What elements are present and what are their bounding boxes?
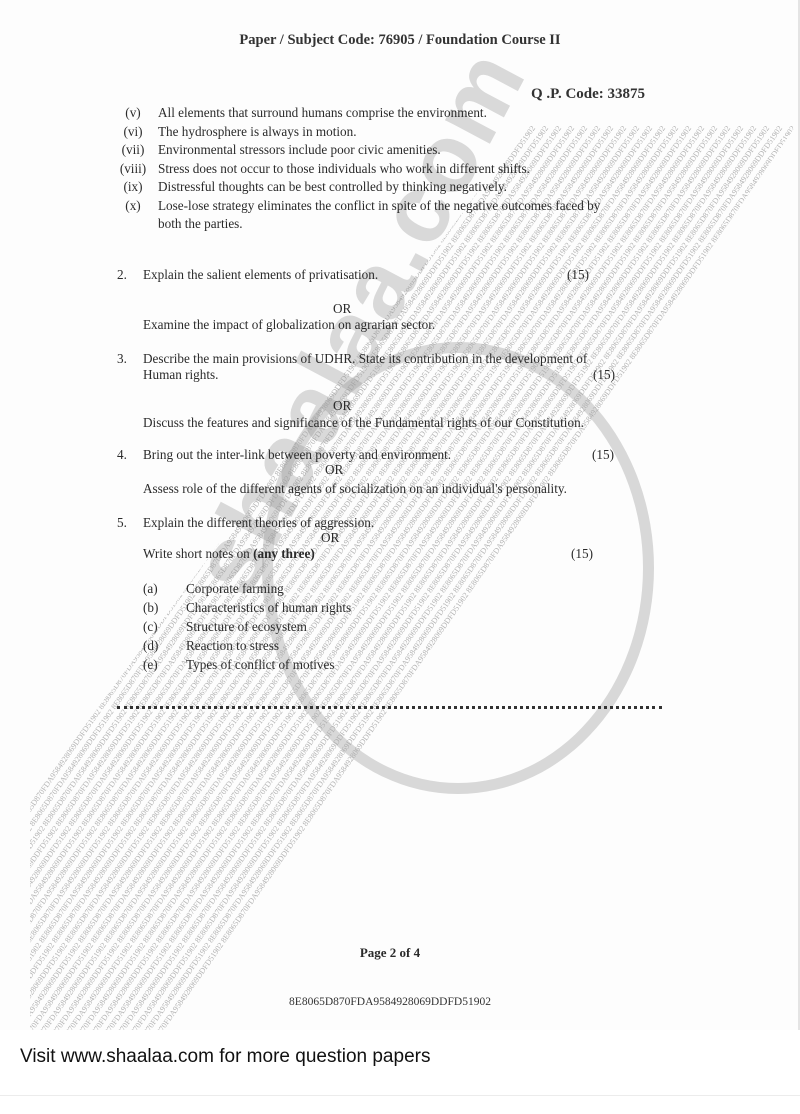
svg-text:8E8065D870FDA9584928069DDFD519: 8E8065D870FDA9584928069DDFD51902 8E8065D… [0, 124, 550, 1030]
alternate-emphasis: (any three) [253, 546, 315, 561]
list-item: (v)All elements that surround humans com… [108, 104, 658, 123]
alternate-question: Discuss the features and significance of… [143, 415, 584, 431]
svg-text:8E8065D870FDA9584928069DDFD519: 8E8065D870FDA9584928069DDFD51902 8E8065D… [566, 124, 800, 1030]
svg-text:8E8065D870FDA9584928069DDFD519: 8E8065D870FDA9584928069DDFD51902 8E8065D… [722, 124, 800, 1030]
svg-text:8E8065D870FDA9584928069DDFD519: 8E8065D870FDA9584928069DDFD51902 8E8065D… [449, 124, 800, 1030]
list-item: (b)Characteristics of human rights [143, 598, 351, 617]
document-hash: 8E8065D870FDA9584928069DDFD51902 [0, 996, 780, 1008]
svg-text:8E8065D870FDA9584928069DDFD519: 8E8065D870FDA9584928069DDFD51902 8E8065D… [553, 124, 800, 1030]
or-label: OR [321, 530, 339, 546]
or-label: OR [333, 398, 351, 414]
question-text-continued: Human rights. [143, 367, 218, 383]
question-marks: (15) [571, 546, 593, 562]
svg-text:8E8065D870FDA9584928069DDFD519: 8E8065D870FDA9584928069DDFD51902 8E8065D… [475, 124, 800, 1030]
svg-text:8E8065D870FDA9584928069DDFD519: 8E8065D870FDA9584928069DDFD51902 8E8065D… [280, 124, 800, 1030]
svg-text:8E8065D870FDA9584928069DDFD519: 8E8065D870FDA9584928069DDFD51902 8E8065D… [0, 124, 485, 1030]
list-item: (ix)Distressful thoughts can be best con… [108, 178, 658, 197]
svg-text:8E8065D870FDA9584928069DDFD519: 8E8065D870FDA9584928069DDFD51902 8E8065D… [293, 124, 800, 1030]
svg-text:8E8065D870FDA9584928069DDFD519: 8E8065D870FDA9584928069DDFD51902 8E8065D… [0, 124, 225, 1030]
footer-divider [0, 1095, 800, 1096]
svg-text:8E8065D870FDA9584928069DDFD519: 8E8065D870FDA9584928069DDFD51902 8E8065D… [0, 124, 628, 1030]
svg-text:8E8065D870FDA9584928069DDFD519: 8E8065D870FDA9584928069DDFD51902 8E8065D… [345, 124, 800, 1030]
footer-link-text[interactable]: Visit www.shaalaa.com for more question … [20, 1046, 430, 1068]
svg-text:8E8065D870FDA9584928069DDFD519: 8E8065D870FDA9584928069DDFD51902 8E8065D… [397, 124, 800, 1030]
svg-text:8E8065D870FDA9584928069DDFD519: 8E8065D870FDA9584928069DDFD51902 8E8065D… [0, 124, 277, 1030]
list-item: (x)Lose-lose strategy eliminates the con… [108, 197, 658, 216]
svg-text:8E8065D870FDA9584928069DDFD519: 8E8065D870FDA9584928069DDFD51902 8E8065D… [0, 124, 186, 1030]
svg-text:8E8065D870FDA9584928069DDFD519: 8E8065D870FDA9584928069DDFD51902 8E8065D… [410, 124, 800, 1030]
list-item: (e)Types of conflict of motives [143, 655, 351, 674]
question-number: 3. [117, 351, 127, 367]
list-item: (d)Reaction to stress [143, 636, 351, 655]
svg-text:8E8065D870FDA9584928069DDFD519: 8E8065D870FDA9584928069DDFD51902 8E8065D… [332, 124, 800, 1030]
svg-text:8E8065D870FDA9584928069DDFD519: 8E8065D870FDA9584928069DDFD51902 8E8065D… [0, 124, 134, 1030]
svg-text:8E8065D870FDA9584928069DDFD519: 8E8065D870FDA9584928069DDFD51902 8E8065D… [0, 124, 472, 1030]
list-item: (a)Corporate farming [143, 579, 351, 598]
svg-text:8E8065D870FDA9584928069DDFD519: 8E8065D870FDA9584928069DDFD51902 8E8065D… [488, 124, 800, 1030]
svg-text:8E8065D870FDA9584928069DDFD519: 8E8065D870FDA9584928069DDFD51902 8E8065D… [98, 124, 758, 1030]
short-notes-list: (a)Corporate farming (b)Characteristics … [143, 579, 351, 674]
svg-text:8E8065D870FDA9584928069DDFD519: 8E8065D870FDA9584928069DDFD51902 8E8065D… [0, 124, 381, 1030]
svg-text:8E8065D870FDA9584928069DDFD519: 8E8065D870FDA9584928069DDFD51902 8E8065D… [0, 124, 173, 1030]
svg-text:8E8065D870FDA9584928069DDFD519: 8E8065D870FDA9584928069DDFD51902 8E8065D… [20, 124, 680, 1030]
svg-text:8E8065D870FDA9584928069DDFD519: 8E8065D870FDA9584928069DDFD51902 8E8065D… [644, 124, 800, 1030]
svg-text:8E8065D870FDA9584928069DDFD519: 8E8065D870FDA9584928069DDFD51902 8E8065D… [0, 124, 199, 1030]
question-text: Describe the main provisions of UDHR. St… [143, 351, 587, 367]
paper-header: Paper / Subject Code: 76905 / Foundation… [0, 32, 800, 49]
svg-text:8E8065D870FDA9584928069DDFD519: 8E8065D870FDA9584928069DDFD51902 8E8065D… [423, 124, 800, 1030]
svg-text:8E8065D870FDA9584928069DDFD519: 8E8065D870FDA9584928069DDFD51902 8E8065D… [527, 124, 800, 1030]
svg-text:8E8065D870FDA9584928069DDFD519: 8E8065D870FDA9584928069DDFD51902 8E8065D… [514, 124, 800, 1030]
svg-text:8E8065D870FDA9584928069DDFD519: 8E8065D870FDA9584928069DDFD51902 8E8065D… [33, 124, 693, 1030]
svg-text:8E8065D870FDA9584928069DDFD519: 8E8065D870FDA9584928069DDFD51902 8E8065D… [0, 124, 420, 1030]
list-item: (viii)Stress does not occur to those ind… [108, 160, 658, 179]
dotted-divider [117, 706, 662, 709]
list-item: (c)Structure of ecosystem [143, 617, 351, 636]
svg-text:8E8065D870FDA9584928069DDFD519: 8E8065D870FDA9584928069DDFD51902 8E8065D… [696, 124, 800, 1030]
question-marks: (15) [567, 267, 589, 283]
question-text: Explain the different theories of aggres… [143, 515, 374, 531]
svg-text:8E8065D870FDA9584928069DDFD519: 8E8065D870FDA9584928069DDFD51902 8E8065D… [0, 124, 394, 1030]
svg-text:8E8065D870FDA9584928069DDFD519: 8E8065D870FDA9584928069DDFD51902 8E8065D… [709, 124, 800, 1030]
svg-text:8E8065D870FDA9584928069DDFD519: 8E8065D870FDA9584928069DDFD51902 8E8065D… [618, 124, 800, 1030]
svg-text:8E8065D870FDA9584928069DDFD519: 8E8065D870FDA9584928069DDFD51902 8E8065D… [735, 124, 800, 1030]
svg-text:8E8065D870FDA9584928069DDFD519: 8E8065D870FDA9584928069DDFD51902 8E8065D… [0, 124, 264, 1030]
svg-text:8E8065D870FDA9584928069DDFD519: 8E8065D870FDA9584928069DDFD51902 8E8065D… [0, 124, 212, 1030]
svg-text:8E8065D870FDA9584928069DDFD519: 8E8065D870FDA9584928069DDFD51902 8E8065D… [72, 124, 732, 1030]
svg-text:8E8065D870FDA9584928069DDFD519: 8E8065D870FDA9584928069DDFD51902 8E8065D… [748, 124, 800, 1030]
svg-text:8E8065D870FDA9584928069DDFD519: 8E8065D870FDA9584928069DDFD51902 8E8065D… [137, 124, 797, 1030]
svg-text:8E8065D870FDA9584928069DDFD519: 8E8065D870FDA9584928069DDFD51902 8E8065D… [0, 124, 537, 1030]
svg-text:8E8065D870FDA9584928069DDFD519: 8E8065D870FDA9584928069DDFD51902 8E8065D… [0, 124, 615, 1030]
svg-text:8E8065D870FDA9584928069DDFD519: 8E8065D870FDA9584928069DDFD51902 8E8065D… [0, 124, 251, 1030]
svg-text:8E8065D870FDA9584928069DDFD519: 8E8065D870FDA9584928069DDFD51902 8E8065D… [0, 124, 368, 1030]
svg-text:8E8065D870FDA9584928069DDFD519: 8E8065D870FDA9584928069DDFD51902 8E8065D… [0, 124, 316, 1030]
svg-text:8E8065D870FDA9584928069DDFD519: 8E8065D870FDA9584928069DDFD51902 8E8065D… [0, 124, 576, 1030]
svg-text:8E8065D870FDA9584928069DDFD519: 8E8065D870FDA9584928069DDFD51902 8E8065D… [0, 124, 290, 1030]
alternate-question: Examine the impact of globalization on a… [143, 317, 435, 333]
svg-text:8E8065D870FDA9584928069DDFD519: 8E8065D870FDA9584928069DDFD51902 8E8065D… [254, 124, 800, 1030]
svg-text:8E8065D870FDA9584928069DDFD519: 8E8065D870FDA9584928069DDFD51902 8E8065D… [267, 124, 800, 1030]
svg-text:8E8065D870FDA9584928069DDFD519: 8E8065D870FDA9584928069DDFD51902 8E8065D… [202, 124, 800, 1030]
svg-text:8E8065D870FDA9584928069DDFD519: 8E8065D870FDA9584928069DDFD51902 8E8065D… [0, 124, 407, 1030]
svg-text:8E8065D870FDA9584928069DDFD519: 8E8065D870FDA9584928069DDFD51902 8E8065D… [592, 124, 800, 1030]
svg-text:8E8065D870FDA9584928069DDFD519: 8E8065D870FDA9584928069DDFD51902 8E8065D… [605, 124, 800, 1030]
svg-text:8E8065D870FDA9584928069DDFD519: 8E8065D870FDA9584928069DDFD51902 8E8065D… [59, 124, 719, 1030]
svg-text:8E8065D870FDA9584928069DDFD519: 8E8065D870FDA9584928069DDFD51902 8E8065D… [0, 124, 342, 1030]
svg-text:8E8065D870FDA9584928069DDFD519: 8E8065D870FDA9584928069DDFD51902 8E8065D… [657, 124, 800, 1030]
svg-text:8E8065D870FDA9584928069DDFD519: 8E8065D870FDA9584928069DDFD51902 8E8065D… [46, 124, 706, 1030]
svg-text:8E8065D870FDA9584928069DDFD519: 8E8065D870FDA9584928069DDFD51902 8E8065D… [0, 124, 498, 1030]
true-false-list: (v)All elements that surround humans com… [108, 104, 658, 234]
list-item: both the parties. [108, 215, 658, 234]
svg-text:8E8065D870FDA9584928069DDFD519: 8E8065D870FDA9584928069DDFD51902 8E8065D… [0, 124, 355, 1030]
svg-text:8E8065D870FDA9584928069DDFD519: 8E8065D870FDA9584928069DDFD51902 8E8065D… [540, 124, 800, 1030]
svg-text:8E8065D870FDA9584928069DDFD519: 8E8065D870FDA9584928069DDFD51902 8E8065D… [150, 124, 800, 1030]
svg-text:8E8065D870FDA9584928069DDFD519: 8E8065D870FDA9584928069DDFD51902 8E8065D… [0, 124, 602, 1030]
svg-text:8E8065D870FDA9584928069DDFD519: 8E8065D870FDA9584928069DDFD51902 8E8065D… [241, 124, 800, 1030]
alternate-question: Write short notes on (any three) [143, 546, 315, 562]
question-number: 2. [117, 267, 127, 283]
svg-text:8E8065D870FDA9584928069DDFD519: 8E8065D870FDA9584928069DDFD51902 8E8065D… [631, 124, 800, 1030]
svg-text:8E8065D870FDA9584928069DDFD519: 8E8065D870FDA9584928069DDFD51902 8E8065D… [358, 124, 800, 1030]
svg-text:8E8065D870FDA9584928069DDFD519: 8E8065D870FDA9584928069DDFD51902 8E8065D… [0, 124, 147, 1030]
svg-text:8E8065D870FDA9584928069DDFD519: 8E8065D870FDA9584928069DDFD51902 8E8065D… [124, 124, 784, 1030]
svg-text:8E8065D870FDA9584928069DDFD519: 8E8065D870FDA9584928069DDFD51902 8E8065D… [0, 124, 511, 1030]
svg-text:8E8065D870FDA9584928069DDFD519: 8E8065D870FDA9584928069DDFD51902 8E8065D… [215, 124, 800, 1030]
alternate-question: Assess role of the different agents of s… [143, 481, 567, 497]
svg-text:8E8065D870FDA9584928069DDFD519: 8E8065D870FDA9584928069DDFD51902 8E8065D… [111, 124, 771, 1030]
svg-text:8E8065D870FDA9584928069DDFD519: 8E8065D870FDA9584928069DDFD51902 8E8065D… [0, 124, 160, 1030]
svg-text:8E8065D870FDA9584928069DDFD519: 8E8065D870FDA9584928069DDFD51902 8E8065D… [0, 124, 654, 1030]
question-marks: (15) [592, 447, 614, 463]
page-number: Page 2 of 4 [0, 945, 780, 961]
svg-text:8E8065D870FDA9584928069DDFD519: 8E8065D870FDA9584928069DDFD51902 8E8065D… [0, 124, 563, 1030]
question-marks: (15) [593, 367, 615, 383]
svg-text:8E8065D870FDA9584928069DDFD519: 8E8065D870FDA9584928069DDFD51902 8E8065D… [0, 124, 641, 1030]
svg-text:8E8065D870FDA9584928069DDFD519: 8E8065D870FDA9584928069DDFD51902 8E8065D… [176, 124, 800, 1030]
question-number: 4. [117, 447, 127, 463]
svg-text:8E8065D870FDA9584928069DDFD519: 8E8065D870FDA9584928069DDFD51902 8E8065D… [0, 124, 589, 1030]
svg-text:8E8065D870FDA9584928069DDFD519: 8E8065D870FDA9584928069DDFD51902 8E8065D… [371, 124, 800, 1030]
list-item: (vii)Environmental stressors include poo… [108, 141, 658, 160]
svg-text:8E8065D870FDA9584928069DDFD519: 8E8065D870FDA9584928069DDFD51902 8E8065D… [683, 124, 800, 1030]
svg-text:8E8065D870FDA9584928069DDFD519: 8E8065D870FDA9584928069DDFD51902 8E8065D… [462, 124, 800, 1030]
question-paper-page: 8E8065D870FDA9584928069DDFD51902 8E8065D… [0, 0, 800, 1030]
svg-text:8E8065D870FDA9584928069DDFD519: 8E8065D870FDA9584928069DDFD51902 8E8065D… [306, 124, 800, 1030]
svg-text:8E8065D870FDA9584928069DDFD519: 8E8065D870FDA9584928069DDFD51902 8E8065D… [0, 124, 459, 1030]
svg-text:8E8065D870FDA9584928069DDFD519: 8E8065D870FDA9584928069DDFD51902 8E8065D… [0, 124, 238, 1030]
svg-text:8E8065D870FDA9584928069DDFD519: 8E8065D870FDA9584928069DDFD51902 8E8065D… [670, 124, 800, 1030]
svg-text:8E8065D870FDA9584928069DDFD519: 8E8065D870FDA9584928069DDFD51902 8E8065D… [189, 124, 800, 1030]
question-text: Explain the salient elements of privatis… [143, 267, 378, 283]
svg-text:8E8065D870FDA9584928069DDFD519: 8E8065D870FDA9584928069DDFD51902 8E8065D… [0, 124, 433, 1030]
svg-text:8E8065D870FDA9584928069DDFD519: 8E8065D870FDA9584928069DDFD51902 8E8065D… [579, 124, 800, 1030]
svg-text:8E8065D870FDA9584928069DDFD519: 8E8065D870FDA9584928069DDFD51902 8E8065D… [761, 124, 800, 1030]
or-label: OR [325, 462, 343, 478]
qp-code: Q .P. Code: 33875 [531, 86, 645, 103]
svg-text:8E8065D870FDA9584928069DDFD519: 8E8065D870FDA9584928069DDFD51902 8E8065D… [7, 124, 667, 1030]
svg-text:8E8065D870FDA9584928069DDFD519: 8E8065D870FDA9584928069DDFD51902 8E8065D… [85, 124, 745, 1030]
question-number: 5. [117, 515, 127, 531]
svg-text:8E8065D870FDA9584928069DDFD519: 8E8065D870FDA9584928069DDFD51902 8E8065D… [384, 124, 800, 1030]
svg-text:8E8065D870FDA9584928069DDFD519: 8E8065D870FDA9584928069DDFD51902 8E8065D… [0, 124, 303, 1030]
svg-text:8E8065D870FDA9584928069DDFD519: 8E8065D870FDA9584928069DDFD51902 8E8065D… [501, 124, 800, 1030]
svg-text:8E8065D870FDA9584928069DDFD519: 8E8065D870FDA9584928069DDFD51902 8E8065D… [0, 124, 446, 1030]
svg-text:8E8065D870FDA9584928069DDFD519: 8E8065D870FDA9584928069DDFD51902 8E8065D… [228, 124, 800, 1030]
list-item: (vi)The hydrosphere is always in motion. [108, 123, 658, 142]
svg-text:8E8065D870FDA9584928069DDFD519: 8E8065D870FDA9584928069DDFD51902 8E8065D… [319, 124, 800, 1030]
svg-text:8E8065D870FDA9584928069DDFD519: 8E8065D870FDA9584928069DDFD51902 8E8065D… [0, 124, 524, 1030]
alternate-prefix: Write short notes on [143, 546, 253, 561]
watermark-stamp-circle [262, 342, 654, 794]
question-text: Bring out the inter-link between poverty… [143, 447, 451, 463]
svg-text:8E8065D870FDA9584928069DDFD519: 8E8065D870FDA9584928069DDFD51902 8E8065D… [0, 124, 329, 1030]
svg-text:8E8065D870FDA9584928069DDFD519: 8E8065D870FDA9584928069DDFD51902 8E8065D… [163, 124, 800, 1030]
svg-text:8E8065D870FDA9584928069DDFD519: 8E8065D870FDA9584928069DDFD51902 8E8065D… [436, 124, 800, 1030]
or-label: OR [333, 301, 351, 317]
